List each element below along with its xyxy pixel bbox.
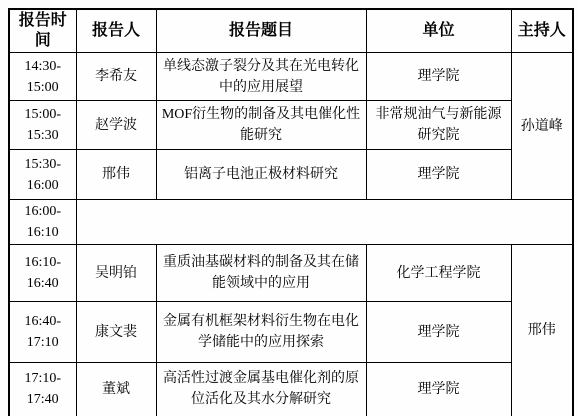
session-row: 16:10-16:40 吴明铂 重质油基碳材料的制备及其在储能领域中的应用 化学… xyxy=(9,245,573,302)
speaker-cell: 董斌 xyxy=(76,363,156,416)
title-cell: 高活性过渡金属基电催化剂的原位活化及其水分解研究 xyxy=(156,363,366,416)
unit-cell: 化学工程学院 xyxy=(366,245,511,302)
unit-cell: 理学院 xyxy=(366,363,511,416)
title-cell: 金属有机框架材料衍生物在电化学储能中的应用探索 xyxy=(156,302,366,363)
time-cell: 15:00-15:30 xyxy=(9,101,76,150)
break-row: 16:00-16:10 xyxy=(9,200,573,245)
time-cell: 14:30-15:00 xyxy=(9,53,76,101)
header-row: 报告时间 报告人 报告题目 单位 主持人 xyxy=(9,9,573,53)
seminar-schedule-table: 报告时间 报告人 报告题目 单位 主持人 14:30-15:00 李希友 单线态… xyxy=(8,8,574,416)
break-cell xyxy=(76,200,573,245)
unit-cell: 理学院 xyxy=(366,150,511,200)
header-cell-host: 主持人 xyxy=(511,9,573,53)
time-cell: 16:00-16:10 xyxy=(9,200,76,245)
host-cell: 邢伟 xyxy=(511,245,573,416)
unit-cell: 非常规油气与新能源研究院 xyxy=(366,101,511,150)
speaker-cell: 赵学波 xyxy=(76,101,156,150)
header-cell-time: 报告时间 xyxy=(9,9,76,53)
header-cell-title: 报告题目 xyxy=(156,9,366,53)
header-cell-unit: 单位 xyxy=(366,9,511,53)
session-row: 16:40-17:10 康文裴 金属有机框架材料衍生物在电化学储能中的应用探索 … xyxy=(9,302,573,363)
time-cell: 16:40-17:10 xyxy=(9,302,76,363)
title-cell: 重质油基碳材料的制备及其在储能领域中的应用 xyxy=(156,245,366,302)
session-row: 14:30-15:00 李希友 单线态激子裂分及其在光电转化中的应用展望 理学院… xyxy=(9,53,573,101)
session-row: 15:30-16:00 邢伟 铝离子电池正极材料研究 理学院 xyxy=(9,150,573,200)
header-cell-speaker: 报告人 xyxy=(76,9,156,53)
session-row: 15:00-15:30 赵学波 MOF衍生物的制备及其电催化性能研究 非常规油气… xyxy=(9,101,573,150)
speaker-cell: 吴明铂 xyxy=(76,245,156,302)
title-cell: 铝离子电池正极材料研究 xyxy=(156,150,366,200)
time-cell: 16:10-16:40 xyxy=(9,245,76,302)
title-cell: 单线态激子裂分及其在光电转化中的应用展望 xyxy=(156,53,366,101)
host-cell: 孙道峰 xyxy=(511,53,573,200)
session-row: 17:10-17:40 董斌 高活性过渡金属基电催化剂的原位活化及其水分解研究 … xyxy=(9,363,573,416)
speaker-cell: 邢伟 xyxy=(76,150,156,200)
time-cell: 15:30-16:00 xyxy=(9,150,76,200)
speaker-cell: 李希友 xyxy=(76,53,156,101)
unit-cell: 理学院 xyxy=(366,53,511,101)
unit-cell: 理学院 xyxy=(366,302,511,363)
time-cell: 17:10-17:40 xyxy=(9,363,76,416)
speaker-cell: 康文裴 xyxy=(76,302,156,363)
title-cell: MOF衍生物的制备及其电催化性能研究 xyxy=(156,101,366,150)
